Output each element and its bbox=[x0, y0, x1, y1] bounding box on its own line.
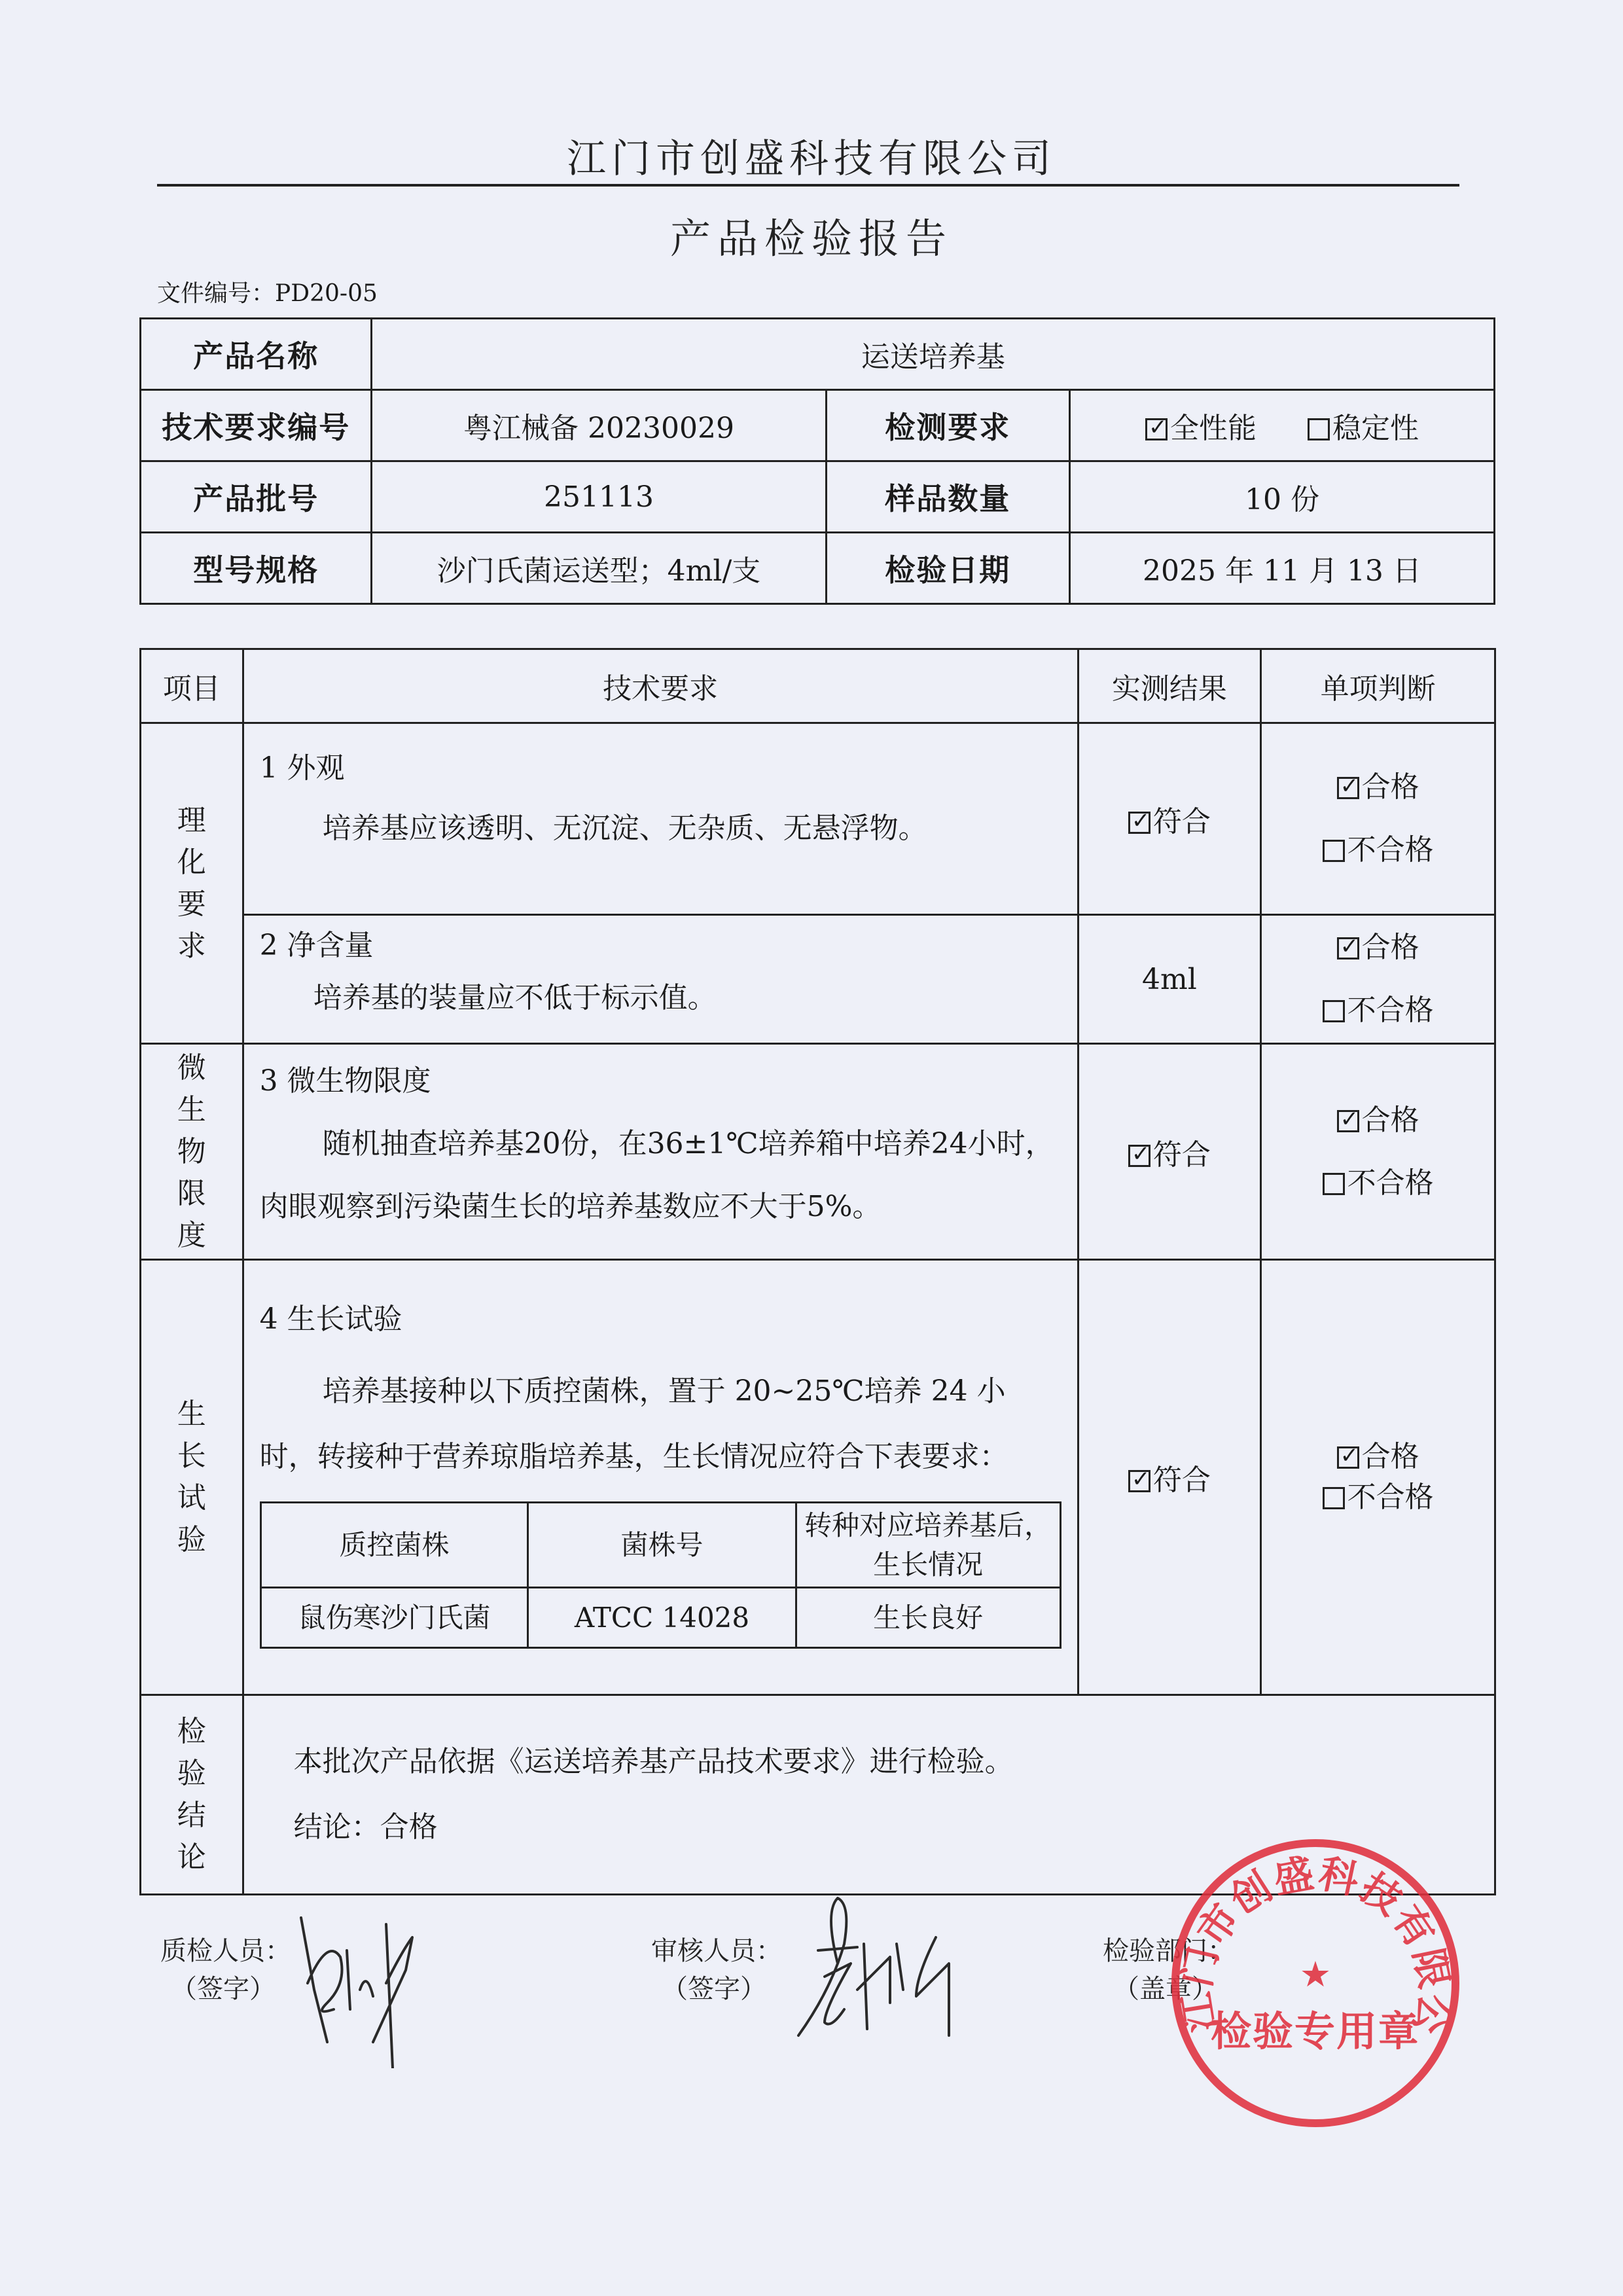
inspector-label: 质检人员： bbox=[160, 1932, 291, 1970]
requirement-appearance: 1 外观 培养基应该透明、无沉淀、无杂质、无悬浮物。 bbox=[243, 723, 1078, 915]
requirement-title: 1 外观 bbox=[260, 738, 1061, 798]
growth-result: 生长良好 bbox=[796, 1588, 1060, 1648]
table-row: 2 净含量 培养基的装量应不低于标示值。 4ml 合格 不合格 bbox=[141, 915, 1495, 1044]
results-header-row: 项目 技术要求 实测结果 单项判断 bbox=[141, 649, 1495, 723]
checkbox-pass[interactable] bbox=[1337, 777, 1359, 799]
model-label: 型号规格 bbox=[141, 533, 372, 604]
company-name: 江门市创盛科技有限公司 bbox=[0, 128, 1623, 184]
stamp-center-text: 检验专用章 bbox=[1179, 1999, 1452, 2057]
sample-qty-label: 样品数量 bbox=[826, 461, 1069, 533]
requirement-text: 培养基的装量应不低于标示值。 bbox=[260, 972, 1061, 1024]
reviewer-signature-icon bbox=[785, 1892, 982, 2062]
table-row: 产品批号 251113 样品数量 10 份 bbox=[141, 461, 1495, 533]
checkbox-pass[interactable] bbox=[1337, 1446, 1359, 1469]
category-growth: 生长试验 bbox=[141, 1260, 243, 1695]
checkbox-result[interactable] bbox=[1128, 1470, 1150, 1492]
file-number: 文件编号：PD20-05 bbox=[157, 275, 378, 308]
option-full-performance: 全性能 bbox=[1170, 412, 1257, 445]
reviewer-note: （签字） bbox=[651, 1970, 782, 2008]
requirement-title: 3 微生物限度 bbox=[260, 1050, 1061, 1113]
conclusion-label: 检验结论 bbox=[141, 1695, 243, 1895]
requirement-title: 4 生长试验 bbox=[260, 1287, 1061, 1352]
checkbox-stability[interactable] bbox=[1308, 418, 1330, 440]
judgement-growth-test: 合格 不合格 bbox=[1261, 1260, 1495, 1695]
category-physchem: 理化要求 bbox=[141, 723, 243, 1044]
result-appearance: 符合 bbox=[1078, 723, 1261, 915]
batch-value: 251113 bbox=[372, 461, 826, 533]
table-row: 型号规格 沙门氏菌运送型；4ml/支 检验日期 2025 年 11 月 13 日 bbox=[141, 533, 1495, 604]
table-row: 微生物限度 3 微生物限度 随机抽查培养基20份，在36±1℃培养箱中培养24小… bbox=[141, 1044, 1495, 1260]
product-name-label: 产品名称 bbox=[141, 319, 372, 390]
test-date-label: 检验日期 bbox=[826, 533, 1069, 604]
table-row: 生长试验 4 生长试验 培养基接种以下质控菌株，置于 20~25℃培养 24 小… bbox=[141, 1260, 1495, 1695]
header-result: 实测结果 bbox=[1078, 649, 1261, 723]
batch-label: 产品批号 bbox=[141, 461, 372, 533]
result-growth-test: 符合 bbox=[1078, 1260, 1261, 1695]
checkbox-pass[interactable] bbox=[1337, 937, 1359, 960]
header-judgement: 单项判断 bbox=[1261, 649, 1495, 723]
checkbox-fail[interactable] bbox=[1323, 1000, 1345, 1022]
category-microbial: 微生物限度 bbox=[141, 1044, 243, 1260]
reviewer-signature-label: 审核人员： （签字） bbox=[651, 1932, 782, 2008]
stamp-ring-text-icon: 江门市创盛科技有限公司 ★ bbox=[1171, 1839, 1459, 2127]
strain-header: 质控菌株 bbox=[260, 1503, 528, 1588]
growth-header: 转种对应培养基后，生长情况 bbox=[796, 1503, 1060, 1588]
test-req-label: 检测要求 bbox=[826, 390, 1069, 461]
reviewer-label: 审核人员： bbox=[651, 1932, 782, 1970]
requirement-text: 培养基接种以下质控菌株，置于 20~25℃培养 24 小时，转接种于营养琼脂培养… bbox=[260, 1359, 1061, 1490]
requirement-growth-test: 4 生长试验 培养基接种以下质控菌株，置于 20~25℃培养 24 小时，转接种… bbox=[243, 1260, 1078, 1695]
judgement-microbial-limit: 合格 不合格 bbox=[1261, 1044, 1495, 1260]
report-title: 产品检验报告 bbox=[0, 206, 1623, 264]
test-date-value: 2025 年 11 月 13 日 bbox=[1069, 533, 1494, 604]
strain-header-row: 质控菌株 菌株号 转种对应培养基后，生长情况 bbox=[260, 1503, 1060, 1588]
checkbox-fail[interactable] bbox=[1323, 1173, 1345, 1195]
strain-row: 鼠伤寒沙门氏菌 ATCC 14028 生长良好 bbox=[260, 1588, 1060, 1648]
strain-name: 鼠伤寒沙门氏菌 bbox=[260, 1588, 528, 1648]
judgement-appearance: 合格 不合格 bbox=[1261, 723, 1495, 915]
results-table: 项目 技术要求 实测结果 单项判断 理化要求 1 外观 培养基应该透明、无沉淀、… bbox=[139, 648, 1496, 1895]
checkbox-fail[interactable] bbox=[1323, 1487, 1345, 1509]
sample-qty-value: 10 份 bbox=[1069, 461, 1494, 533]
strain-no-header: 菌株号 bbox=[528, 1503, 796, 1588]
requirement-text: 随机抽查培养基20份，在36±1℃培养箱中培养24小时，肉眼观察到污染菌生长的培… bbox=[260, 1113, 1061, 1238]
inspector-signature-label: 质检人员： （签字） bbox=[160, 1932, 291, 2008]
inspection-stamp: 江门市创盛科技有限公司 ★ 检验专用章 bbox=[1171, 1839, 1459, 2127]
file-number-value: PD20-05 bbox=[275, 280, 378, 307]
checkbox-result[interactable] bbox=[1128, 812, 1150, 834]
header-rule bbox=[157, 184, 1459, 187]
checkbox-pass[interactable] bbox=[1337, 1110, 1359, 1132]
requirement-title: 2 净含量 bbox=[260, 920, 1061, 972]
strain-table: 质控菌株 菌株号 转种对应培养基后，生长情况 鼠伤寒沙门氏菌 ATCC 1402… bbox=[260, 1501, 1061, 1649]
requirement-microbial-limit: 3 微生物限度 随机抽查培养基20份，在36±1℃培养箱中培养24小时，肉眼观察… bbox=[243, 1044, 1078, 1260]
header-item: 项目 bbox=[141, 649, 243, 723]
judgement-net-content: 合格 不合格 bbox=[1261, 915, 1495, 1044]
tech-req-no-value: 粤江械备 20230029 bbox=[372, 390, 826, 461]
result-net-content: 4ml bbox=[1078, 915, 1261, 1044]
inspector-note: （签字） bbox=[160, 1970, 291, 2008]
requirement-net-content: 2 净含量 培养基的装量应不低于标示值。 bbox=[243, 915, 1078, 1044]
product-name-value: 运送培养基 bbox=[372, 319, 1495, 390]
result-microbial-limit: 符合 bbox=[1078, 1044, 1261, 1260]
requirement-text: 培养基应该透明、无沉淀、无杂质、无悬浮物。 bbox=[260, 798, 1061, 859]
checkbox-result[interactable] bbox=[1128, 1145, 1150, 1167]
table-row: 技术要求编号 粤江械备 20230029 检测要求 全性能 稳定性 bbox=[141, 390, 1495, 461]
conclusion-text: 本批次产品依据《运送培养基产品技术要求》进行检验。 bbox=[294, 1729, 1494, 1795]
table-row: 理化要求 1 外观 培养基应该透明、无沉淀、无杂质、无悬浮物。 符合 合格 不合… bbox=[141, 723, 1495, 915]
header-requirement: 技术要求 bbox=[243, 649, 1078, 723]
svg-text:★: ★ bbox=[1300, 1954, 1331, 1995]
inspector-signature-icon bbox=[288, 1911, 458, 2068]
file-number-label: 文件编号： bbox=[157, 280, 275, 307]
checkbox-full-performance[interactable] bbox=[1145, 418, 1168, 440]
checkbox-fail[interactable] bbox=[1323, 840, 1345, 862]
table-row: 产品名称 运送培养基 bbox=[141, 319, 1495, 390]
strain-number: ATCC 14028 bbox=[528, 1588, 796, 1648]
model-value: 沙门氏菌运送型；4ml/支 bbox=[372, 533, 826, 604]
tech-req-no-label: 技术要求编号 bbox=[141, 390, 372, 461]
product-info-table: 产品名称 运送培养基 技术要求编号 粤江械备 20230029 检测要求 全性能… bbox=[139, 317, 1495, 605]
option-stability: 稳定性 bbox=[1332, 412, 1419, 445]
test-req-options: 全性能 稳定性 bbox=[1069, 390, 1494, 461]
